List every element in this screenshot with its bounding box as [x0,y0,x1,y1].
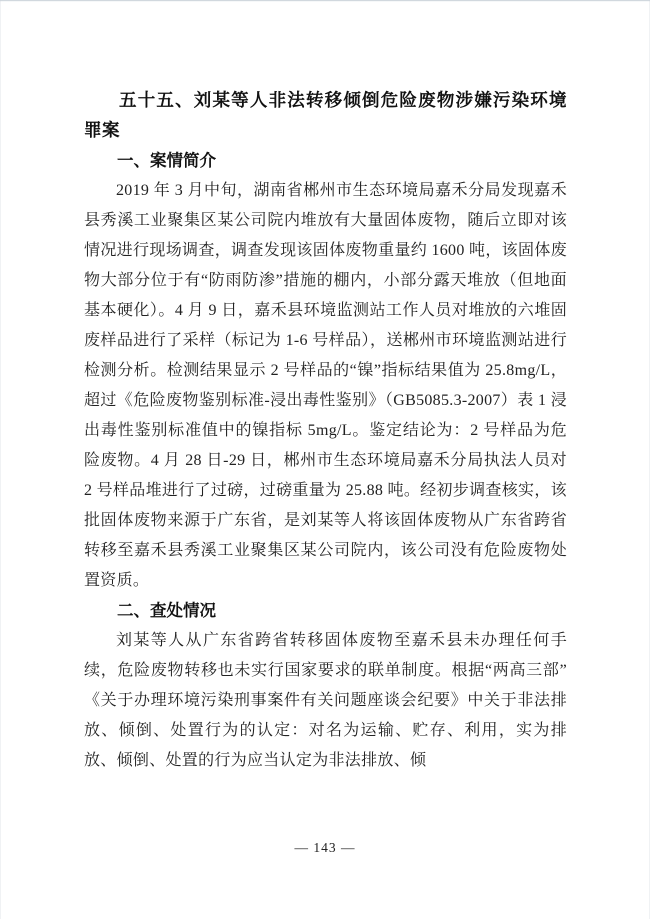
document-title: 五十五、刘某等人非法转移倾倒危险废物涉嫌污染环境罪案 [84,86,567,146]
page-number: — 143 — [0,840,650,856]
document-content: 五十五、刘某等人非法转移倾倒危险废物涉嫌污染环境罪案 一、案情简介 2019 年… [84,86,567,776]
section-1-paragraph: 2019 年 3 月中旬，湖南省郴州市生态环境局嘉禾分局发现嘉禾县秀溪工业聚集区… [84,176,567,596]
section-1-heading: 一、案情简介 [84,146,567,176]
section-2-paragraph: 刘某等人从广东省跨省转移固体废物至嘉禾县未办理任何手续，危险废物转移也未实行国家… [84,626,567,776]
section-2-heading: 二、查处情况 [84,596,567,626]
document-page: 五十五、刘某等人非法转移倾倒危险废物涉嫌污染环境罪案 一、案情简介 2019 年… [0,0,650,919]
